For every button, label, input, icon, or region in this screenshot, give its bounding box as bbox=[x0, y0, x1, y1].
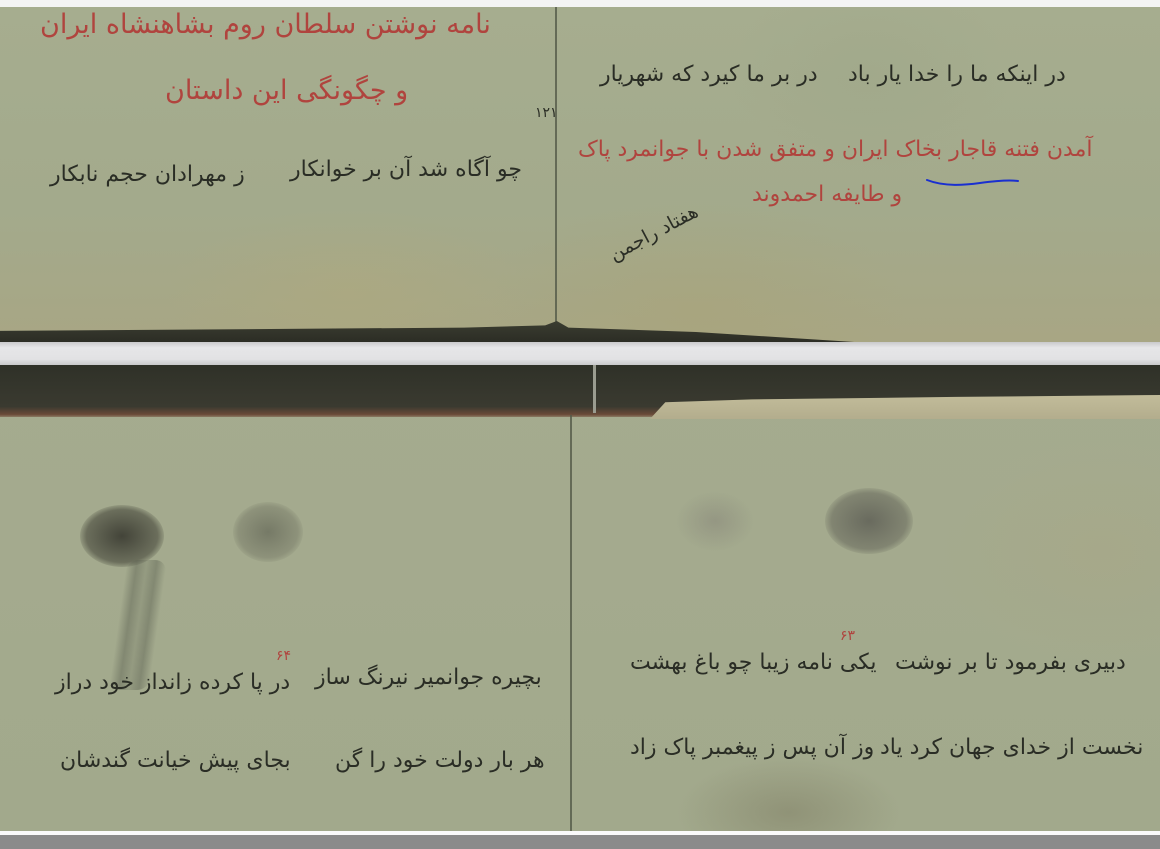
left-page-verse-1-right: بچیره جوانمیر نیرنگ ساز bbox=[315, 665, 542, 690]
book-gutter bbox=[555, 7, 557, 343]
left-page-heading-line-2: و چگونگی این داستان bbox=[165, 75, 408, 106]
manuscript-spread-top[interactable]: نامه نوشتن سلطان روم بشاهنشاه ایران و چگ… bbox=[0, 7, 1160, 343]
left-page-heading-line-1: نامه نوشتن سلطان روم بشاهنشاه ایران bbox=[40, 9, 491, 40]
faint-stain bbox=[675, 490, 755, 552]
right-page-number: ۶۳ bbox=[840, 628, 855, 644]
ink-stain bbox=[825, 488, 913, 554]
viewer-bottom-bar bbox=[0, 835, 1160, 849]
left-page-verse-2-left: بجای پیش خیانت گندشان bbox=[60, 748, 291, 773]
ink-stain bbox=[80, 505, 164, 567]
gutter-folio-mark: ۱۲۱ bbox=[535, 105, 558, 121]
right-page-heading-line-1: آمدن فتنه قاجار بخاک ایران و متفق شدن با… bbox=[578, 137, 1093, 162]
binding-highlight bbox=[593, 365, 596, 413]
left-page-verse-2-right: هر بار دولت خود را گن bbox=[335, 748, 545, 773]
right-page-heading-line-2: و طایفه احمدوند bbox=[752, 182, 902, 207]
right-page-verse-1-left: یکی نامه زیبا چو باغ بهشت bbox=[630, 650, 876, 675]
left-page-verse-right-hemistich: چو آگاه شد آن بر خوانکار bbox=[290, 157, 522, 182]
left-page-verse-1-left: در پا کرده زانداز خود دراز bbox=[55, 670, 290, 695]
panel-separator bbox=[0, 342, 1160, 365]
book-gutter bbox=[570, 415, 572, 831]
left-page-number: ۶۴ bbox=[276, 648, 291, 664]
manuscript-spread-bottom[interactable]: ۶۴ بچیره جوانمیر نیرنگ ساز در پا کرده زا… bbox=[0, 365, 1160, 831]
ink-stain bbox=[233, 502, 303, 562]
right-page-verse-2-left: وز آن پس ز پیغمبر پاک زاد bbox=[630, 735, 874, 760]
right-page-verse-left-hemistich: در بر ما کیرد که شهریار bbox=[600, 62, 818, 87]
left-page-verse-left-hemistich: ز مهرادان حجم نابکار bbox=[50, 162, 245, 187]
manuscript-viewer: نامه نوشتن سلطان روم بشاهنشاه ایران و چگ… bbox=[0, 0, 1160, 849]
right-page-verse-1-right: دبیری بفرمود تا بر نوشت bbox=[895, 650, 1126, 675]
right-page-verse-2-right: نخست از خدای جهان کرد یاد bbox=[880, 735, 1143, 760]
right-page-verse-right-hemistich: در اینکه ما را خدا یار باد bbox=[848, 62, 1066, 87]
